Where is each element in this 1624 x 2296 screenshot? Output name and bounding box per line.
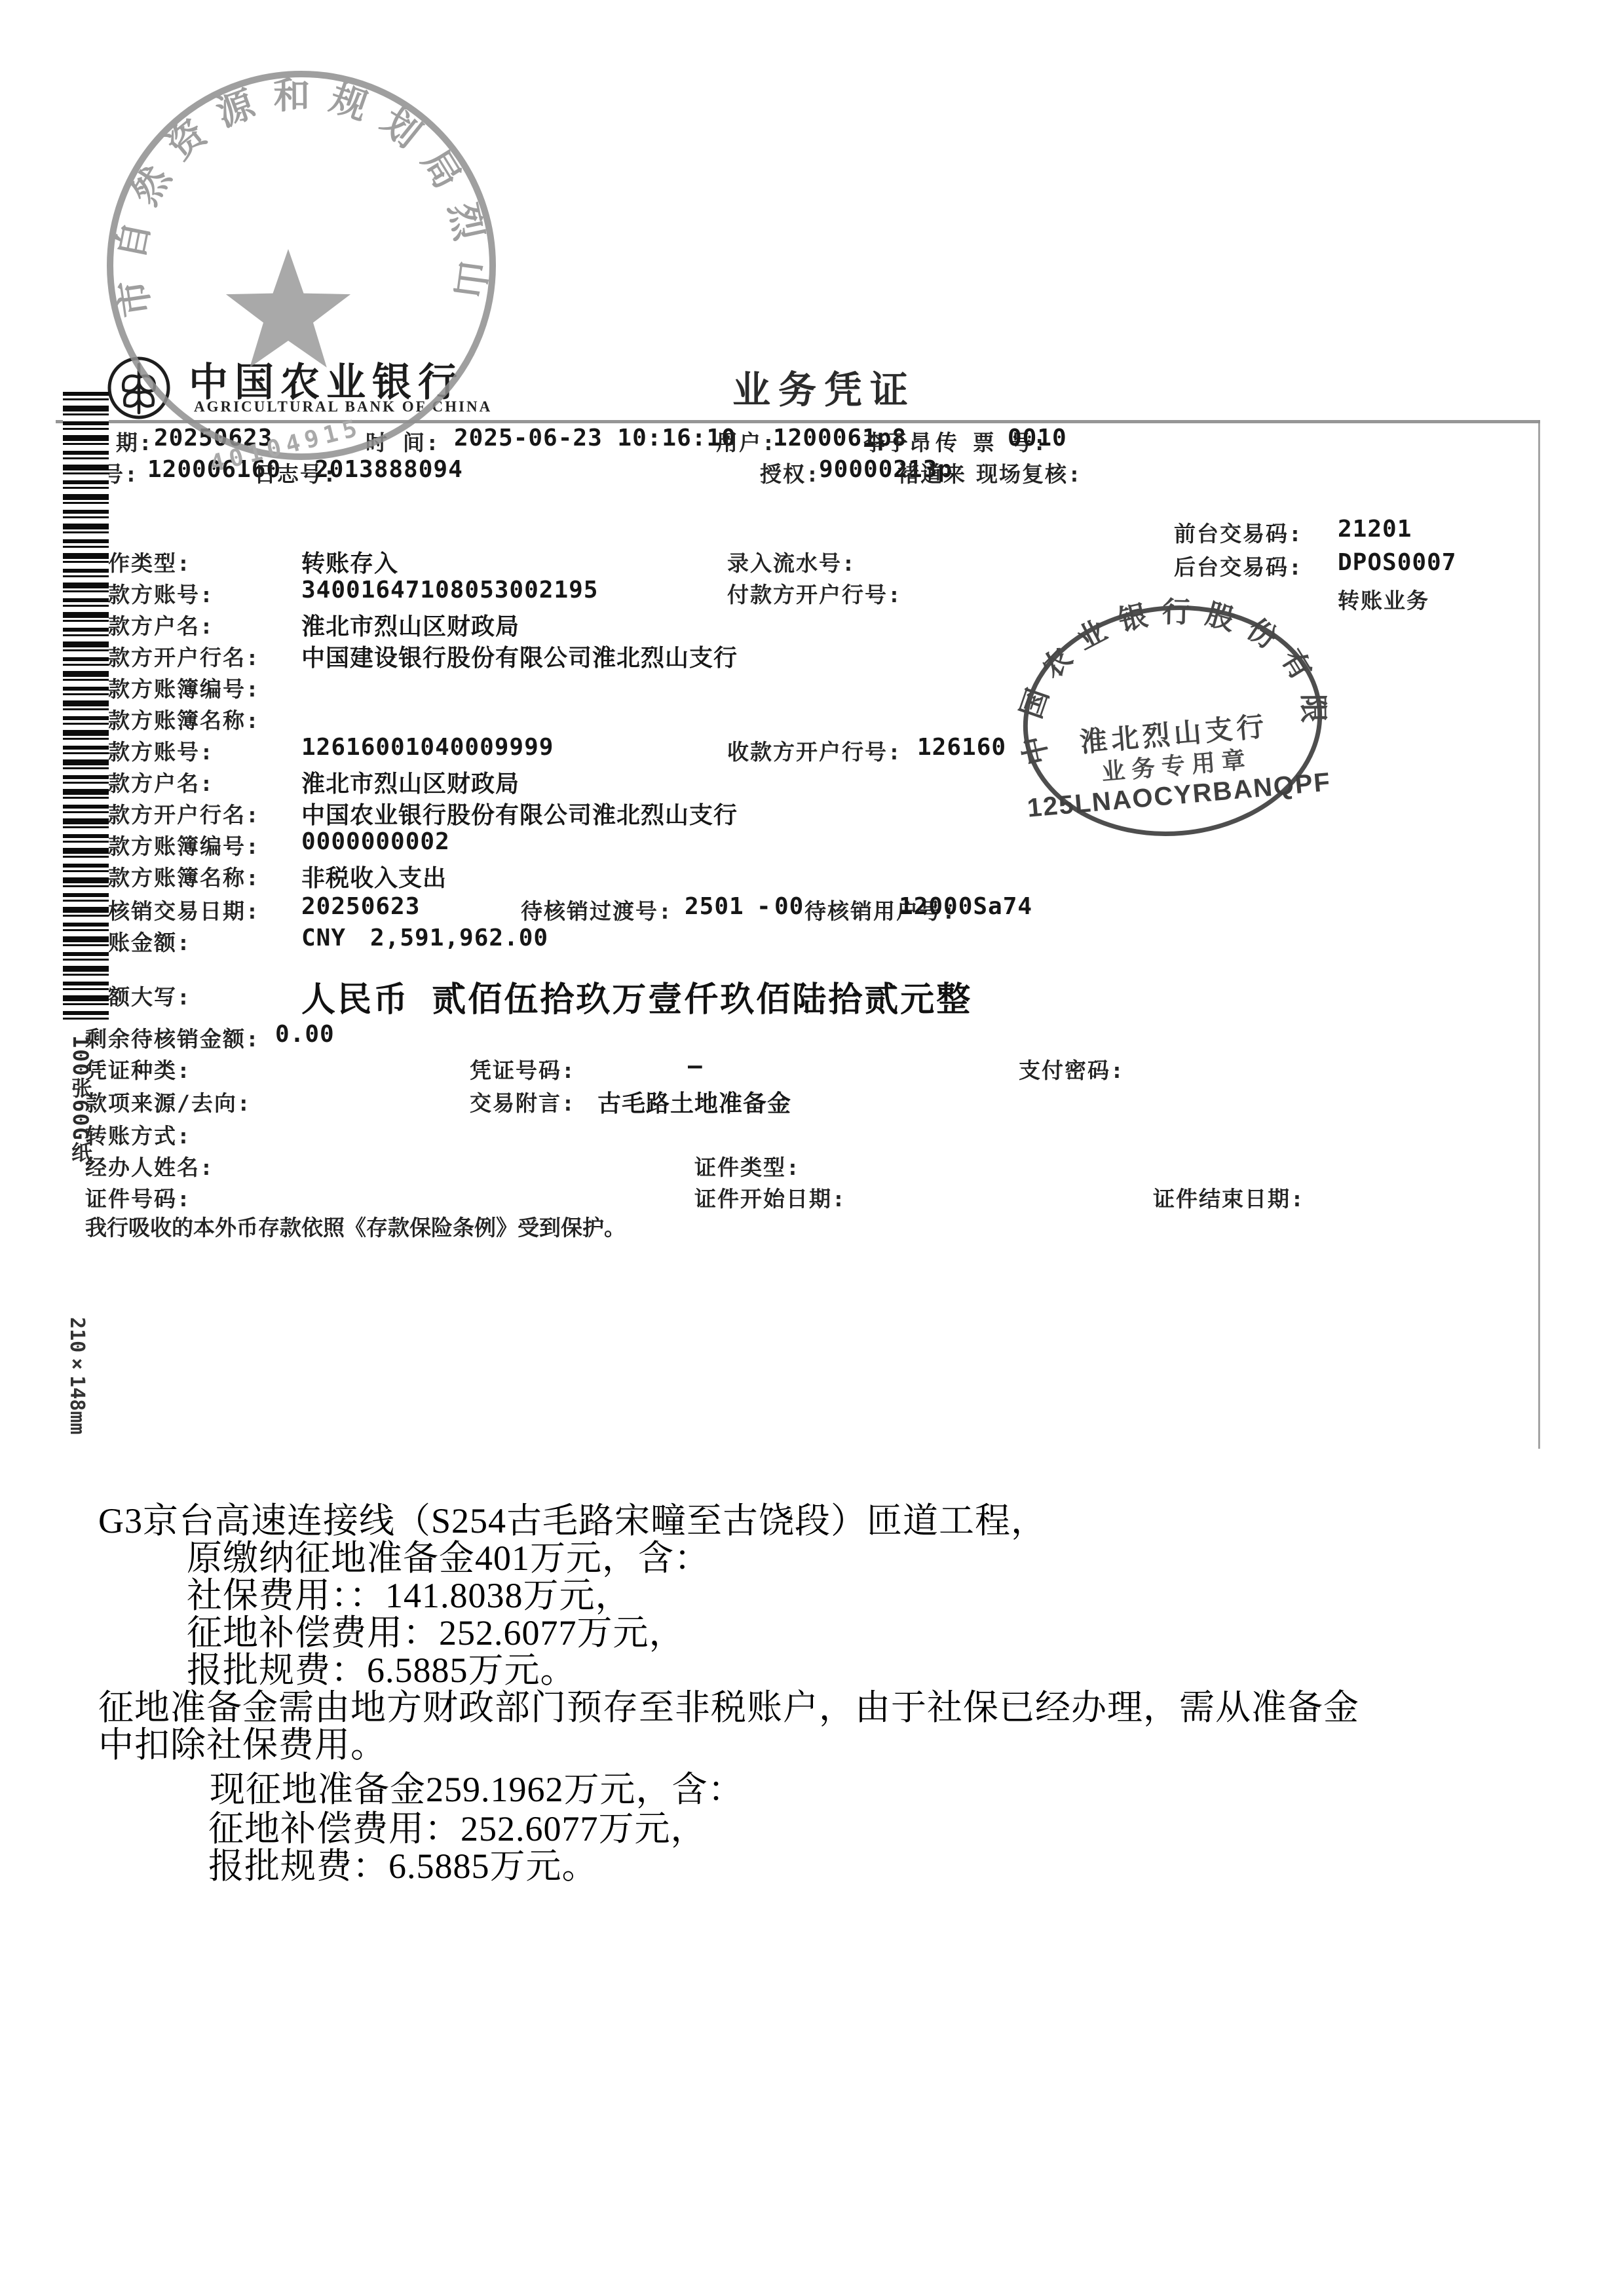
paper-size-vertical-text: 210×148mm bbox=[66, 1317, 88, 1435]
user-name-value: 李子昂 bbox=[863, 426, 932, 457]
writeoff-transit-value: 2501 bbox=[685, 893, 744, 920]
trans-memo-label: 交易附言: bbox=[470, 1086, 576, 1117]
auth-label: 授权: bbox=[760, 457, 820, 488]
agent-name-label: 经办人姓名: bbox=[85, 1151, 214, 1181]
back-trans-code-label: 后台交易码: bbox=[1174, 550, 1303, 581]
payee-bank-no-label: 收款方开户行号: bbox=[727, 735, 902, 766]
scanned-voucher-page: 中国农业银行 AGRICULTURAL BANK OF CHINA 业务凭证 日… bbox=[0, 0, 1624, 2296]
payee-name-value: 淮北市烈山区财政局 bbox=[301, 765, 519, 799]
pay-password-label: 支付密码: bbox=[1019, 1054, 1125, 1084]
entry-flow-label: 录入流水号: bbox=[727, 546, 856, 577]
front-trans-code-label: 前台交易码: bbox=[1174, 517, 1303, 548]
scan-right-line bbox=[1538, 420, 1540, 1449]
transfer-mode-label: 转账方式: bbox=[85, 1119, 191, 1150]
voucher-no-value: — bbox=[688, 1052, 703, 1079]
payee-book-name-value: 非税收入支出 bbox=[301, 860, 447, 893]
id-no-label: 证件号码: bbox=[85, 1182, 191, 1213]
barcode bbox=[63, 392, 109, 1020]
payer-book-name-label: 付款方账簿名称: bbox=[85, 704, 260, 735]
payer-bank-name-value: 中国建设银行股份有限公司淮北烈山支行 bbox=[301, 640, 738, 673]
bank-oval-stamp-icon: 中国农业银行股份有限公司 淮北烈山支行 业务专用章 125LNAOCYRBANQ… bbox=[1012, 580, 1340, 862]
business-type-value: 转账业务 bbox=[1338, 584, 1429, 615]
payee-bank-no-value: 126160 bbox=[917, 734, 1006, 761]
op-type-value: 转账存入 bbox=[301, 545, 398, 579]
deposit-insurance-note: 我行吸收的本外币存款依照《存款保险条例》受到保护。 bbox=[85, 1211, 626, 1242]
payee-book-no-label: 收款方账簿编号: bbox=[85, 830, 260, 860]
payer-account-value: 34001647108053002195 bbox=[301, 577, 598, 603]
amount-value: 2,591,962.00 bbox=[370, 925, 548, 951]
writeoff-date-value: 20250623 bbox=[301, 893, 420, 920]
paper-stock-vertical-text: 100张60G纸 bbox=[66, 1035, 96, 1164]
fund-source-label: 款项来源/去向: bbox=[85, 1086, 252, 1117]
user-label: 用户: bbox=[716, 426, 776, 457]
id-end-date-label: 证件结束日期: bbox=[1153, 1182, 1305, 1213]
payer-name-value: 淮北市烈山区财政局 bbox=[301, 608, 519, 641]
writeoff-transit-label: 待核销过渡号: bbox=[521, 894, 673, 925]
payer-bank-no-label: 付款方开户行号: bbox=[727, 578, 902, 609]
remaining-writeoff-value: 0.00 bbox=[275, 1021, 335, 1048]
remaining-writeoff-label: 剩余待核销金额: bbox=[85, 1022, 260, 1053]
trans-memo-value: 古毛路土地准备金 bbox=[597, 1085, 791, 1119]
amount-currency: CNY bbox=[301, 925, 346, 951]
writeoff-date-label: 待核销交易日期: bbox=[85, 894, 260, 925]
id-start-date-label: 证件开始日期: bbox=[694, 1182, 846, 1213]
payer-bank-name-label: 付款方开户行名: bbox=[85, 641, 260, 672]
auth-name-value: 褚道来 bbox=[897, 457, 966, 488]
amount-words-value: 人民币 贰佰伍拾玖万壹仟玖佰陆拾贰元整 bbox=[301, 972, 972, 1021]
onsite-review-label: 现场复核: bbox=[976, 457, 1082, 488]
back-trans-code-value: DPOS0007 bbox=[1338, 549, 1456, 576]
front-trans-code-value: 21201 bbox=[1338, 516, 1412, 543]
writeoff-transit-suffix: 00 bbox=[774, 893, 804, 920]
writeoff-user-value: 12000Sa74 bbox=[899, 893, 1032, 920]
payer-book-no-label: 付款方账簿编号: bbox=[85, 672, 260, 703]
document-title: 业务凭证 bbox=[732, 359, 916, 414]
government-round-stamp-icon: 市自然资源和规划局烈山分局 bbox=[92, 62, 524, 472]
ticket-no-value: 0010 bbox=[1008, 425, 1067, 451]
note-line-10: 报批规费：6.5885万元。 bbox=[208, 1838, 598, 1888]
writeoff-transit-dash: - bbox=[757, 893, 772, 920]
id-type-label: 证件类型: bbox=[694, 1151, 801, 1181]
note-line-7: 中扣除社保费用。 bbox=[98, 1717, 387, 1767]
payee-bank-name-value: 中国农业银行股份有限公司淮北烈山支行 bbox=[301, 797, 738, 830]
payee-account-value: 12616001040009999 bbox=[301, 734, 554, 761]
payee-book-no-value: 0000000002 bbox=[301, 828, 450, 855]
voucher-no-label: 凭证号码: bbox=[470, 1054, 576, 1084]
payee-book-name-label: 收款方账簿名称: bbox=[85, 861, 260, 892]
payee-bank-name-label: 收款方开户行名: bbox=[85, 798, 260, 829]
voucher-kind-label: 凭证种类: bbox=[85, 1054, 191, 1084]
star-icon bbox=[226, 249, 350, 368]
